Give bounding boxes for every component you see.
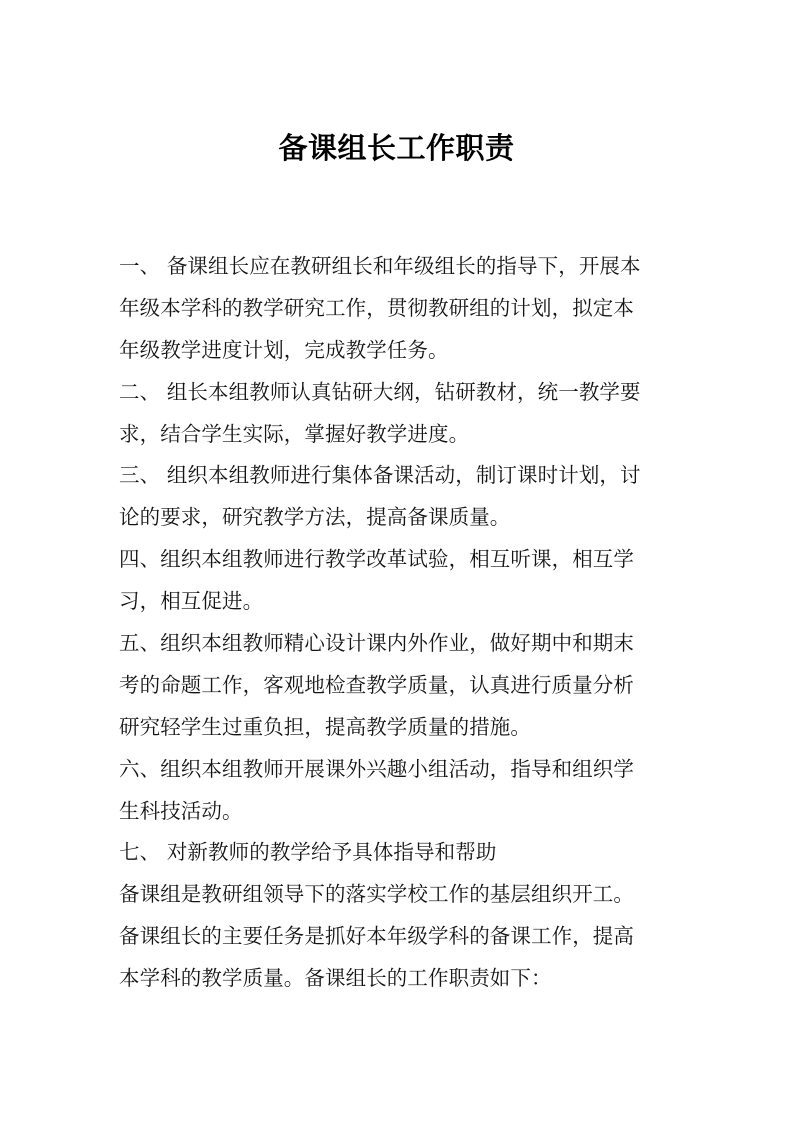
document-body: 一、 备课组长应在教研组长和年级组长的指导下，开展本 年级本学科的教学研究工作，… (119, 246, 679, 1000)
document-title: 备课组长工作职责 (0, 128, 793, 168)
text-line: 研究轻学生过重负担，提高教学质量的措施。 (119, 707, 679, 749)
duty-item-7: 七、 对新教师的教学给予具体指导和帮助 (119, 832, 679, 874)
intro-paragraph-1: 备课组是教研组领导下的落实学校工作的基层组织开工。 (119, 874, 679, 916)
text-line: 年级教学进度计划，完成教学任务。 (119, 330, 679, 372)
text-line: 本学科的教学质量。备课组长的工作职责如下： (119, 958, 679, 1000)
text-line: 求，结合学生实际，掌握好教学进度。 (119, 414, 679, 456)
text-line: 六、组织本组教师开展课外兴趣小组活动，指导和组织学 (119, 749, 679, 791)
duty-item-2: 二、 组长本组教师认真钻研大纲，钻研教材，统一教学要 求，结合学生实际，掌握好教… (119, 372, 679, 456)
text-line: 备课组是教研组领导下的落实学校工作的基层组织开工。 (119, 874, 679, 916)
duty-item-1: 一、 备课组长应在教研组长和年级组长的指导下，开展本 年级本学科的教学研究工作，… (119, 246, 679, 372)
duty-item-4: 四、组织本组教师进行教学改革试验，相互听课，相互学 习，相互促进。 (119, 539, 679, 623)
text-line: 习，相互促进。 (119, 581, 679, 623)
duty-item-3: 三、 组织本组教师进行集体备课活动，制订课时计划，讨 论的要求，研究教学方法，提… (119, 455, 679, 539)
duty-item-5: 五、组织本组教师精心设计课内外作业，做好期中和期末 考的命题工作，客观地检查教学… (119, 623, 679, 749)
text-line: 生科技活动。 (119, 791, 679, 833)
text-line: 二、 组长本组教师认真钻研大纲，钻研教材，统一教学要 (119, 372, 679, 414)
text-line: 一、 备课组长应在教研组长和年级组长的指导下，开展本 (119, 246, 679, 288)
text-line: 七、 对新教师的教学给予具体指导和帮助 (119, 832, 679, 874)
text-line: 五、组织本组教师精心设计课内外作业，做好期中和期末 (119, 623, 679, 665)
text-line: 考的命题工作，客观地检查教学质量，认真进行质量分析 (119, 665, 679, 707)
duty-item-6: 六、组织本组教师开展课外兴趣小组活动，指导和组织学 生科技活动。 (119, 749, 679, 833)
text-line: 四、组织本组教师进行教学改革试验，相互听课，相互学 (119, 539, 679, 581)
text-line: 年级本学科的教学研究工作，贯彻教研组的计划，拟定本 (119, 288, 679, 330)
text-line: 备课组长的主要任务是抓好本年级学科的备课工作，提高 (119, 916, 679, 958)
text-line: 三、 组织本组教师进行集体备课活动，制订课时计划，讨 (119, 455, 679, 497)
intro-paragraph-2: 备课组长的主要任务是抓好本年级学科的备课工作，提高 本学科的教学质量。备课组长的… (119, 916, 679, 1000)
text-line: 论的要求，研究教学方法，提高备课质量。 (119, 497, 679, 539)
document-page: 备课组长工作职责 一、 备课组长应在教研组长和年级组长的指导下，开展本 年级本学… (0, 0, 793, 1122)
